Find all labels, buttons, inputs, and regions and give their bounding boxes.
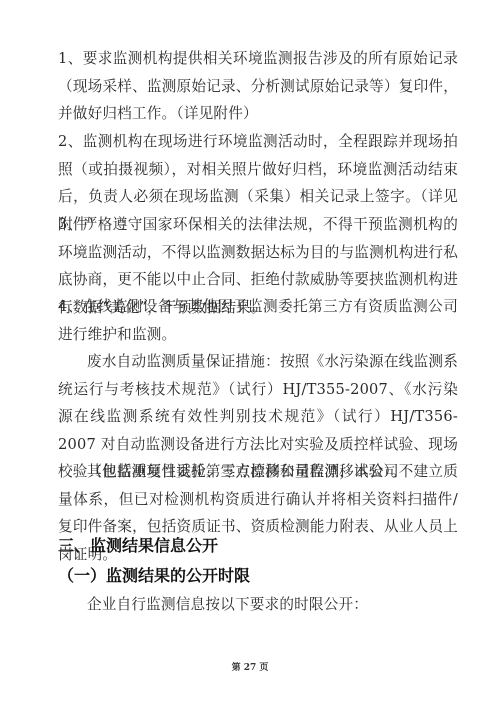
section-heading: 三、监测结果信息公开 xyxy=(58,533,218,556)
subsection-heading: （一）监测结果的公开时限 xyxy=(58,563,250,586)
subsection-intro: 企业自行监测信息按以下要求的时限公开： xyxy=(58,591,458,619)
page-number-footer: 第 27 页 xyxy=(0,660,500,673)
document-page: 1、要求监测机构提供相关环境监测报告涉及的所有原始记录（现场采样、监测原始记录、… xyxy=(0,0,500,707)
paragraph-item-1: 1、要求监测机构提供相关环境监测报告涉及的所有原始记录（现场采样、监测原始记录、… xyxy=(58,45,458,128)
paragraph-item-4: 4、在线监测设备与其他因子监测委托第三方有资质监测公司进行维护和监测。 xyxy=(58,293,458,348)
